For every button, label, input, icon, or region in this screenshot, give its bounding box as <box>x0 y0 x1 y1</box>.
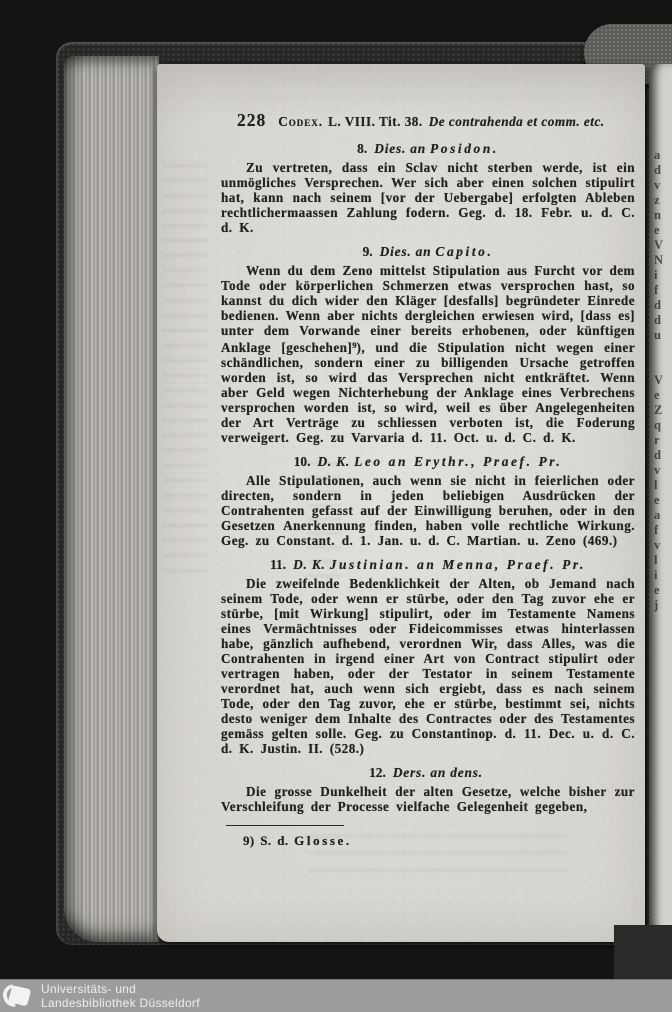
section: 10.D. K.Leo an Erythr., Praef. Pr. Alle … <box>221 454 635 548</box>
section: 12.Ders. an dens. Die grosse Dunkelheit … <box>221 765 635 814</box>
section-title: Dies. an <box>374 141 426 156</box>
section-number: 11. <box>270 557 286 572</box>
section-title-name: Posidon. <box>430 141 499 156</box>
section-body: Alle Stipulationen, auch wenn sie nicht … <box>221 473 635 548</box>
section: 9.Dies. anCapito. Wenn du dem Zeno mitte… <box>221 244 635 445</box>
running-head-citation: L. VIII. Tit. 38. <box>328 114 423 129</box>
section-heading: 8.Dies. anPosidon. <box>221 141 635 157</box>
section-title: D. K. <box>293 557 326 572</box>
footnote: 9) S. d. Glosse. <box>221 833 635 848</box>
section-number: 9. <box>363 244 373 259</box>
footnote-text: S. d. <box>260 833 288 848</box>
running-head-title: Codex. <box>278 114 323 129</box>
footnote-number: 9) <box>243 833 255 848</box>
body-text: Die zweifelnde Bedenklichkeit der Alten,… <box>221 576 635 756</box>
section-number: 10. <box>294 454 311 469</box>
section-body: Zu vertreten, dass ein Sclav nicht sterb… <box>221 160 635 235</box>
running-head: 228Codex.L. VIII. Tit. 38.De contrahenda… <box>221 110 635 132</box>
library-attribution-bar: Universitäts- und Landesbibliothek Düsse… <box>0 979 672 1012</box>
section-heading: 10.D. K.Leo an Erythr., Praef. Pr. <box>221 454 635 470</box>
facing-page-cropped-text: a d v z n e V N i f d d u V e Z q r d v … <box>654 148 664 613</box>
section-title: D. K. <box>317 454 350 469</box>
section-number: 12. <box>369 765 386 780</box>
running-head-latin: De contrahenda et comm. etc. <box>429 114 605 129</box>
section-body: Wenn du dem Zeno mittelst Stipulation au… <box>221 263 635 445</box>
body-text: Die grosse Dunkelheit der alten Gesetze,… <box>221 784 635 814</box>
body-text: Alle Stipulationen, auch wenn sie nicht … <box>221 473 635 548</box>
body-text: ), und die Stipulation nicht wegen einer… <box>221 340 635 445</box>
section-body: Die grosse Dunkelheit der alten Gesetze,… <box>221 784 635 814</box>
section-heading: 11.D. K.Justinian. an Menna, Praef. Pr. <box>221 557 635 573</box>
library-name: Universitäts- und Landesbibliothek Düsse… <box>41 982 200 1010</box>
section-title-name: Capito. <box>435 244 493 259</box>
section-heading: 9.Dies. anCapito. <box>221 244 635 260</box>
section-number: 8. <box>357 141 367 156</box>
book-fore-edge-pages <box>64 56 159 942</box>
section-body: Die zweifelnde Bedenklichkeit der Alten,… <box>221 576 635 756</box>
facing-page-edge: a d v z n e V N i f d d u V e Z q r d v … <box>649 64 672 936</box>
section-title-name: Justinian. an Menna, Praef. Pr. <box>330 557 586 572</box>
section: 8.Dies. anPosidon. Zu vertreten, dass ei… <box>221 141 635 235</box>
body-text: Zu vertreten, dass ein Sclav nicht sterb… <box>221 160 635 235</box>
page-number: 228 <box>237 110 266 130</box>
section-title: Ders. an dens. <box>393 765 483 780</box>
library-name-line1: Universitäts- und <box>41 982 200 996</box>
scanned-book-page: 228Codex.L. VIII. Tit. 38.De contrahenda… <box>157 64 645 942</box>
section-heading: 12.Ders. an dens. <box>221 765 635 781</box>
library-name-line2: Landesbibliothek Düsseldorf <box>41 996 200 1010</box>
scan-background-shade <box>614 925 672 980</box>
footnote-divider <box>226 825 344 826</box>
footnote-text-spaced: Glosse. <box>294 833 352 848</box>
section-title: Dies. an <box>380 244 432 259</box>
page-content: 228Codex.L. VIII. Tit. 38.De contrahenda… <box>221 110 635 848</box>
bleedthrough-smudge <box>163 164 209 584</box>
section-title-name: Leo an Erythr., Praef. Pr. <box>354 454 562 469</box>
ulb-duesseldorf-logo-icon <box>1 981 33 1011</box>
section: 11.D. K.Justinian. an Menna, Praef. Pr. … <box>221 557 635 756</box>
